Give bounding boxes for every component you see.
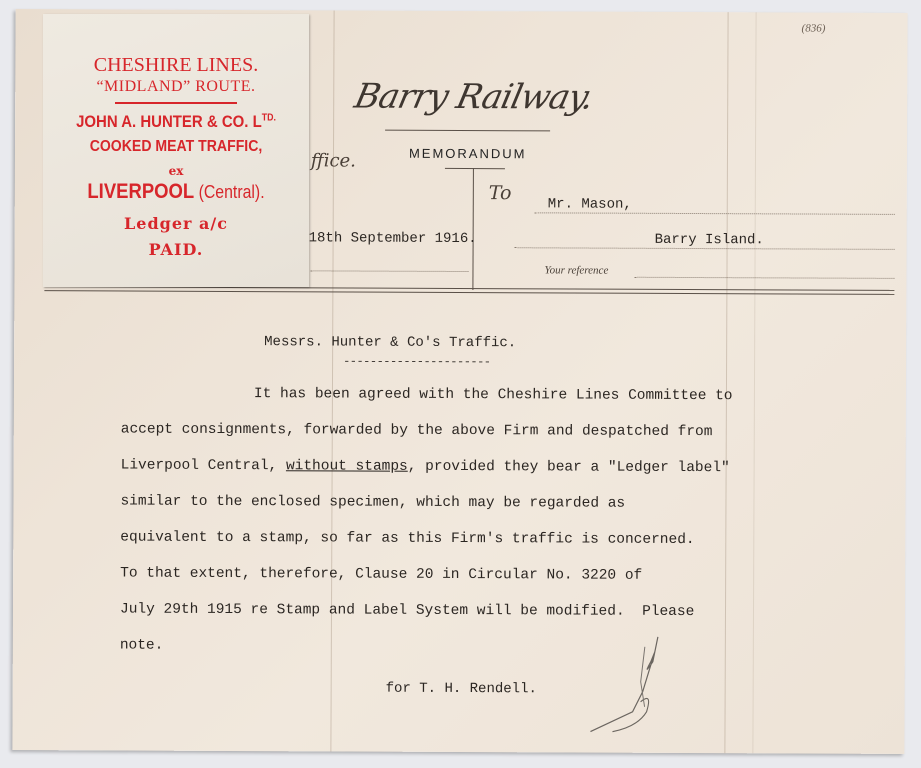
body-line: Liverpool Central, without stamps, provi… <box>121 458 730 477</box>
label-text: (Central). <box>194 182 264 202</box>
office-label: ffice. <box>311 150 356 171</box>
your-reference-label: Your reference <box>544 264 608 276</box>
divider <box>472 168 474 290</box>
header-double-rule <box>44 286 894 295</box>
ledger-label: CHESHIRE LINES. “MIDLAND” ROUTE. JOHN A.… <box>43 14 309 287</box>
underlined-phrase: without stamps <box>286 458 408 475</box>
company-name: Barry Railway. <box>351 77 597 118</box>
label-line: ex <box>43 164 309 178</box>
dotted-line <box>634 277 894 279</box>
body-line: July 29th 1915 re Stamp and Label System… <box>120 602 694 621</box>
body-line: To that extent, therefore, Clause 20 in … <box>120 566 642 584</box>
body-line: accept consignments, forwarded by the ab… <box>121 422 713 441</box>
label-paid: PAID. <box>43 240 309 259</box>
label-line: “MIDLAND” ROUTE. <box>43 78 309 96</box>
to-label: To <box>489 182 512 204</box>
label-line: JOHN A. HUNTER & CO. LTD. <box>59 112 293 132</box>
label-text: JOHN A. HUNTER & CO. L <box>76 112 262 131</box>
body-text: , provided they bear a "Ledger label" <box>408 459 730 476</box>
label-line: CHESHIRE LINES. <box>43 54 309 77</box>
body-line: note. <box>120 638 164 654</box>
label-line: Ledger a/c <box>43 214 309 233</box>
memo-subject: Messrs. Hunter & Co's Traffic. <box>264 334 516 351</box>
fold-crease <box>752 12 756 753</box>
dotted-line <box>535 212 895 215</box>
label-line: LIVERPOOL (Central). <box>59 180 293 204</box>
signoff: for T. H. Rendell. <box>386 681 537 698</box>
recipient-location: Barry Island. <box>655 232 764 248</box>
dotted-line <box>515 247 895 250</box>
body-line: It has been agreed with the Cheshire Lin… <box>254 386 733 404</box>
body-line: similar to the enclosed specimen, which … <box>120 494 625 512</box>
recipient: Mr. Mason, <box>548 196 632 212</box>
divider <box>385 130 550 132</box>
dotted-line <box>310 270 468 272</box>
label-text: LIVERPOOL <box>87 180 194 203</box>
label-sup: TD. <box>262 112 276 123</box>
document-type: MEMORANDUM <box>409 146 527 162</box>
label-line: COOKED MEAT TRAFFIC, <box>59 138 293 156</box>
signature-icon <box>582 632 692 742</box>
divider <box>445 168 505 169</box>
form-number: (836) <box>802 22 826 34</box>
body-line: equivalent to a stamp, so far as this Fi… <box>120 530 694 549</box>
fold-crease <box>330 10 334 751</box>
subject-underline: ---------------------- <box>343 354 490 369</box>
fold-crease <box>724 12 728 753</box>
body-text: Liverpool Central, <box>121 458 286 475</box>
label-divider <box>115 102 237 104</box>
memo-date: 18th September 1916. <box>309 230 477 247</box>
